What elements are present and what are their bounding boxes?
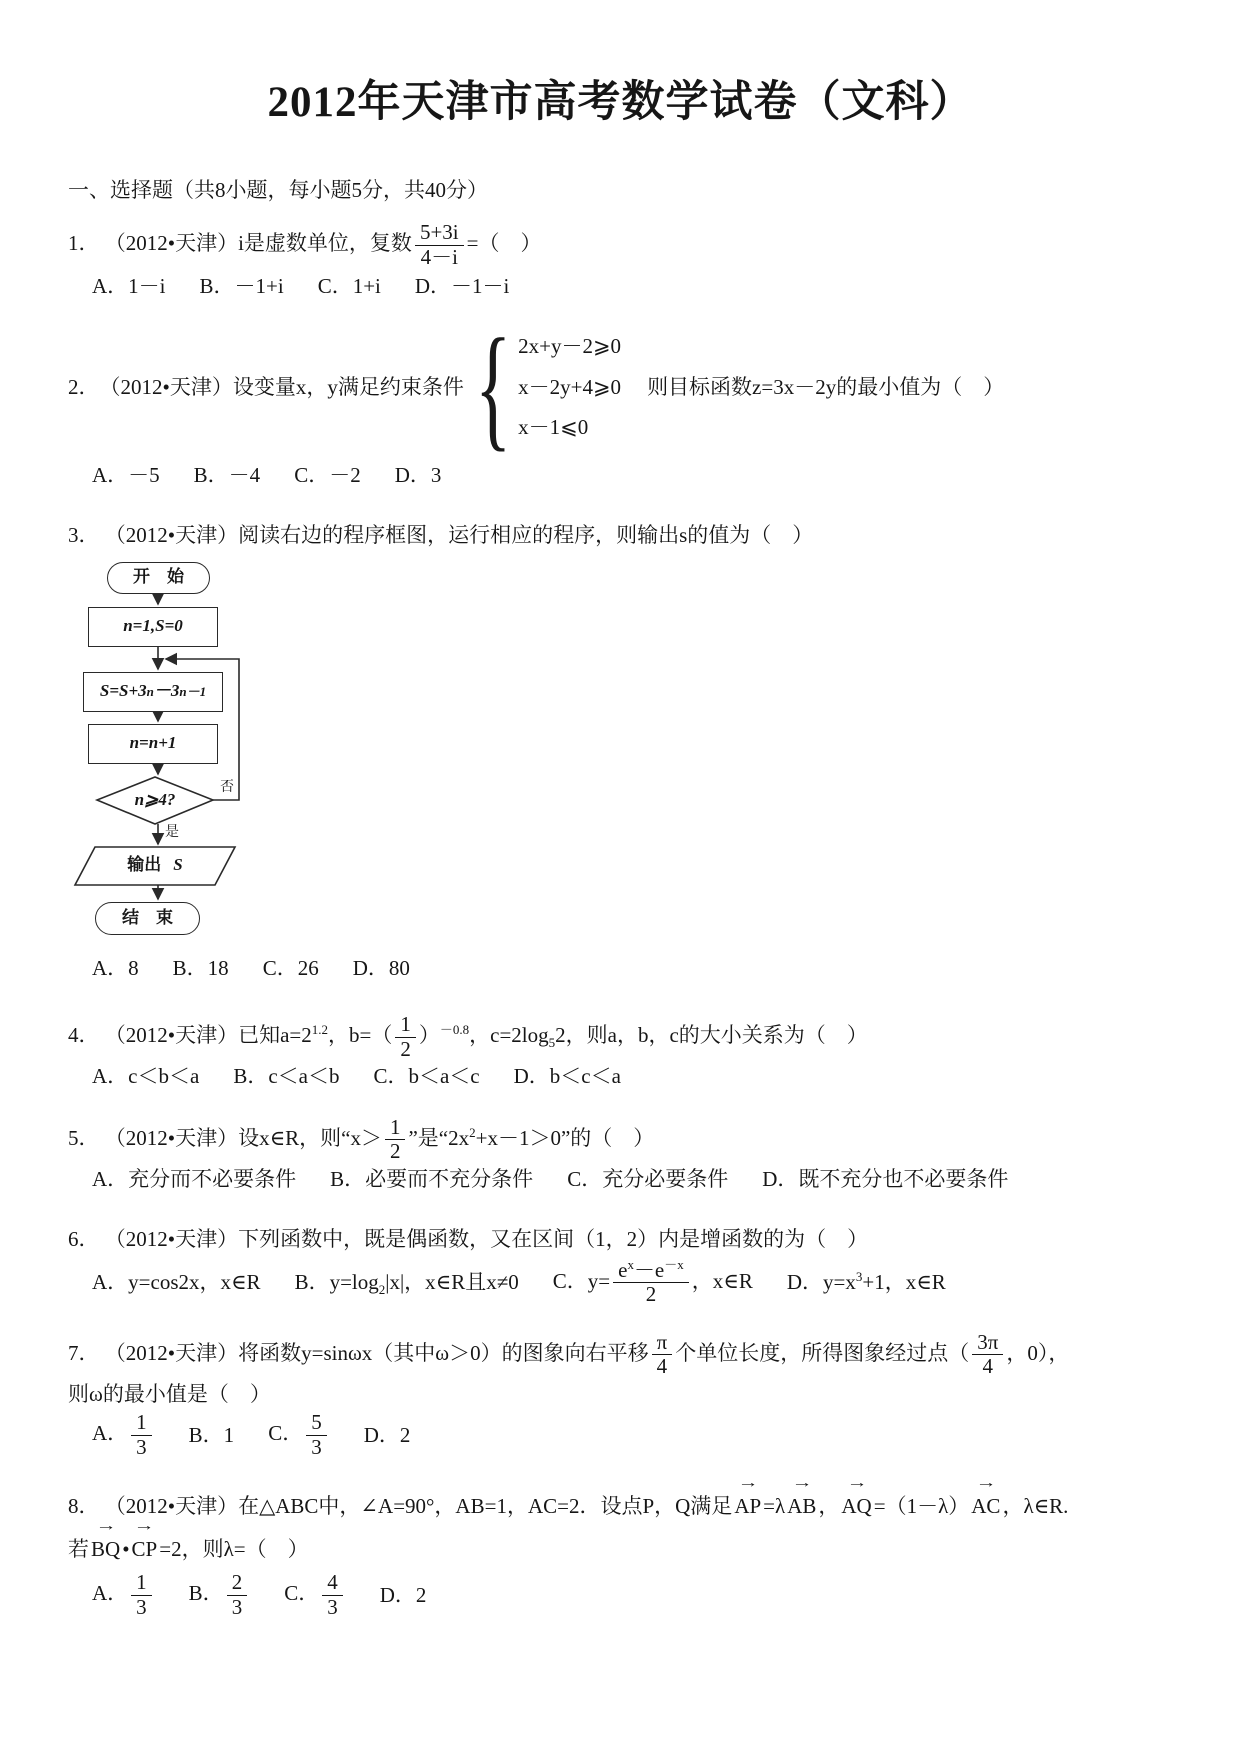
dot-operator: • (122, 1537, 129, 1561)
q4-text-3: ） (419, 1023, 440, 1047)
fraction-numerator: 3π (972, 1331, 1003, 1356)
flowchart-output-node: 输出S (75, 847, 235, 885)
vector-AC: AC (971, 1485, 1000, 1528)
q8-stem: 8． （2012•天津）在△ABC中，∠A=90°，AB=1，AC=2．设点P，… (68, 1485, 1181, 1528)
vector-AQ: AQ (841, 1485, 871, 1528)
q4-text-1: （2012•天津）已知a=2 (105, 1023, 312, 1047)
q1-stem: 1． （2012•天津）i是虚数单位，复数5+3i4－i=（ ） (68, 221, 1181, 269)
option-a: A．8 (92, 953, 139, 983)
fraction-numerator: π (652, 1331, 673, 1356)
question-number: 1． (68, 231, 100, 255)
q4-stem: 4． （2012•天津）已知a=21.2，b=（12）－0.8，c=2log52… (68, 1013, 1181, 1061)
fraction-denominator: 2 (385, 1140, 406, 1164)
option-b-text: B．y=log (295, 1270, 379, 1294)
option-c: C．y=ex－e－x2，x∈R (553, 1259, 753, 1307)
fraction-denominator: 4－i (416, 246, 463, 270)
exponent-negx: －x (664, 1257, 684, 1272)
exam-content: 一、选择题（共8小题，每小题5分，共40分） 1． （2012•天津）i是虚数单… (0, 175, 1241, 1619)
flowchart-yes-label: 是 (165, 823, 179, 843)
fraction-numerator: 4 (322, 1571, 343, 1596)
fraction-denominator: 3 (322, 1596, 343, 1620)
fraction-denominator: 3 (131, 1596, 152, 1620)
q8-options: A．13 B．23 C．43 D．2 (68, 1571, 1181, 1619)
option-c: C．1+i (318, 271, 381, 301)
question-number: 3． (68, 523, 100, 547)
q8-text-4: =2，则λ=（ ） (159, 1537, 308, 1561)
option-d: D．3 (395, 460, 442, 490)
e-term-2: －e (634, 1258, 664, 1282)
option-d: D．80 (353, 953, 410, 983)
fraction: 13 (131, 1571, 152, 1619)
option-c: C．－2 (294, 460, 361, 490)
option-c: C．充分必要条件 (567, 1164, 728, 1194)
q6-options: A．y=cos2x，x∈R B．y=log2|x|，x∈R且x≠0 C．y=ex… (68, 1259, 1181, 1307)
option-b: B．－4 (194, 460, 261, 490)
option-b: B．c＜a＜b (233, 1061, 339, 1091)
option-d: D．y=x3+1，x∈R (787, 1267, 946, 1297)
q8-eq-1: =λ (763, 1494, 785, 1518)
left-brace: { (475, 318, 511, 456)
option-d: D．2 (380, 1580, 427, 1610)
option-a: A．1－i (92, 271, 166, 301)
option-d-text-2: +1，x∈R (862, 1270, 945, 1294)
program-flowchart: 开 始 n=1,S=0 S=S+3n－3n－1 n=n+1 n⩾4? 否 是 输… (70, 557, 400, 949)
option-b: B．y=log2|x|，x∈R且x≠0 (295, 1267, 519, 1297)
q4-text-2: ，b=（ (328, 1023, 392, 1047)
option-c-label: C． (284, 1581, 319, 1605)
question-number: 6． (68, 1227, 100, 1251)
fraction-numerator: 1 (131, 1571, 152, 1596)
q5-text-1: （2012•天津）设x∈R，则“x＞ (105, 1126, 382, 1150)
flowchart-compute-node: S=S+3n－3n－1 (83, 672, 223, 712)
page-title: 2012年天津市高考数学试卷（文科） (0, 0, 1241, 129)
option-a: A．13 (92, 1411, 155, 1459)
question-number: 7． (68, 1340, 100, 1364)
question-2: 2． （2012•天津）设变量x，y满足约束条件 { 2x+y－2⩾0 x－2y… (68, 318, 1181, 490)
question-8: 8． （2012•天津）在△ABC中，∠A=90°，AB=1，AC=2．设点P，… (68, 1485, 1181, 1619)
option-d-text: D．y=x (787, 1270, 856, 1294)
fraction: 23 (227, 1571, 248, 1619)
flowchart-increment-node: n=n+1 (88, 724, 218, 764)
q4-text-4: ，c=2log (469, 1023, 549, 1047)
fraction-numerator: 1 (131, 1411, 152, 1436)
fraction-numerator: 5 (306, 1411, 327, 1436)
question-number: 2． (68, 372, 100, 402)
option-d: D．既不充分也不必要条件 (762, 1164, 1008, 1194)
q5-options: A．充分而不必要条件 B．必要而不充分条件 C．充分必要条件 D．既不充分也不必… (68, 1164, 1181, 1194)
q8-eq-2: =（1－λ） (874, 1494, 970, 1518)
option-a: A．13 (92, 1571, 155, 1619)
option-a: A．充分而不必要条件 (92, 1164, 296, 1194)
question-4: 4． （2012•天津）已知a=21.2，b=（12）－0.8，c=2log52… (68, 1013, 1181, 1091)
q1-text-post: =（ ） (467, 231, 542, 255)
option-a-label: A． (92, 1421, 128, 1445)
q3-options: A．8 B．18 C．26 D．80 (68, 953, 1181, 983)
q8-text-1: （2012•天津）在△ABC中，∠A=90°，AB=1，AC=2．设点P，Q满足 (105, 1494, 733, 1518)
flowchart-start-node: 开 始 (107, 562, 210, 594)
fraction-denominator: 2 (395, 1038, 416, 1062)
fraction-denominator: 2 (641, 1283, 662, 1307)
fraction-denominator: 3 (306, 1436, 327, 1460)
option-c-text: C．y= (553, 1268, 610, 1292)
option-b: B．必要而不充分条件 (330, 1164, 533, 1194)
option-a: A．y=cos2x，x∈R (92, 1267, 261, 1297)
q7-text-3: ，0）， (1006, 1340, 1069, 1364)
fraction-numerator: 1 (395, 1013, 416, 1038)
flowchart-no-label: 否 (220, 778, 234, 798)
option-a: A．－5 (92, 460, 160, 490)
section-header: 一、选择题（共8小题，每小题5分，共40分） (68, 175, 1181, 205)
fraction-denominator: 4 (978, 1355, 999, 1379)
option-a-label: A． (92, 1581, 128, 1605)
fraction: 5+3i4－i (415, 221, 464, 269)
fraction: 12 (385, 1116, 406, 1164)
fraction: ex－e－x2 (613, 1259, 689, 1307)
question-5: 5． （2012•天津）设x∈R，则“x＞12”是“2x2+x－1＞0”的（ ）… (68, 1116, 1181, 1194)
q3-text: （2012•天津）阅读右边的程序框图，运行相应的程序，则输出s的值为（ ） (105, 523, 814, 547)
fraction: 13 (131, 1411, 152, 1459)
fraction-denominator: 4 (652, 1355, 673, 1379)
q2-text-post: 则目标函数z=3x－2y的最小值为（ ） (647, 372, 1004, 402)
q2-options: A．－5 B．－4 C．－2 D．3 (68, 460, 1181, 490)
question-number: 4． (68, 1023, 100, 1047)
q8-comma: ， (818, 1494, 839, 1518)
option-b-label: B． (189, 1581, 224, 1605)
exponent-a: 1.2 (312, 1022, 328, 1037)
option-c: C．43 (284, 1571, 346, 1619)
q3-stem: 3． （2012•天津）阅读右边的程序框图，运行相应的程序，则输出s的值为（ ） (68, 520, 1181, 550)
output-variable: S (173, 853, 182, 878)
q6-text: （2012•天津）下列函数中，既是偶函数，又在区间（1，2）内是增函数的为（ ） (105, 1227, 868, 1251)
compute-expression: S=S+3 (100, 679, 147, 704)
q7-options: A．13 B．1 C．53 D．2 (68, 1411, 1181, 1459)
option-c-label: C． (268, 1421, 303, 1445)
q5-text-2: ”是“2x (408, 1126, 469, 1150)
option-c: C．b＜a＜c (373, 1061, 479, 1091)
fraction-3pi-4: 3π4 (972, 1331, 1003, 1379)
option-d: D．－1－i (415, 271, 510, 301)
question-3: 3． （2012•天津）阅读右边的程序框图，运行相应的程序，则输出s的值为（ ） (68, 520, 1181, 983)
constraint-3: x－1⩽0 (518, 412, 621, 442)
vector-AB: AB (787, 1485, 816, 1528)
exponent-b: －0.8 (440, 1022, 469, 1037)
flowchart-condition-label: n⩾4? (97, 785, 213, 817)
question-6: 6． （2012•天津）下列函数中，既是偶函数，又在区间（1，2）内是增函数的为… (68, 1224, 1181, 1306)
fraction-numerator: ex－e－x (613, 1259, 689, 1284)
q5-text-3: +x－1＞0”的（ ） (476, 1126, 655, 1150)
output-label: 输出 (127, 853, 161, 878)
constraint-system: 2x+y－2⩾0 x－2y+4⩾0 x－1⩽0 (518, 327, 621, 446)
fraction-denominator: 3 (131, 1436, 152, 1460)
fraction-numerator: 2 (227, 1571, 248, 1596)
q1-options: A．1－i B．－1+i C．1+i D．－1－i (68, 271, 1181, 301)
q6-stem: 6． （2012•天津）下列函数中，既是偶函数，又在区间（1，2）内是增函数的为… (68, 1224, 1181, 1254)
q8-stem-line2: 若BQ•CP=2，则λ=（ ） (68, 1528, 1181, 1571)
vector-CP: CP (132, 1528, 158, 1571)
q7-stem: 7． （2012•天津）将函数y=sinωx（其中ω＞0）的图象向右平移π4个单… (68, 1331, 1181, 1379)
q8-text-2: ，λ∈R. (1002, 1494, 1068, 1518)
q8-text-3: 若 (68, 1537, 89, 1561)
option-b: B．1 (189, 1420, 235, 1450)
option-b: B．－1+i (200, 271, 284, 301)
option-b-text-2: |x|，x∈R且x≠0 (385, 1270, 519, 1294)
vector-AP: AP (734, 1485, 761, 1528)
fraction: 12 (395, 1013, 416, 1061)
fraction: 53 (306, 1411, 327, 1459)
fraction-numerator: 5+3i (415, 221, 464, 246)
constraint-2: x－2y+4⩾0 (518, 372, 621, 402)
q2-text-pre: （2012•天津）设变量x，y满足约束条件 (100, 372, 464, 402)
compute-minus: －3 (154, 679, 180, 704)
fraction-denominator: 3 (227, 1596, 248, 1620)
option-b: B．18 (173, 953, 229, 983)
q4-text-5: 2，则a，b，c的大小关系为（ ） (555, 1023, 868, 1047)
q7-text-1: （2012•天津）将函数y=sinωx（其中ω＞0）的图象向右平移 (105, 1340, 649, 1364)
vector-BQ: BQ (91, 1528, 120, 1571)
question-7: 7． （2012•天津）将函数y=sinωx（其中ω＞0）的图象向右平移π4个单… (68, 1331, 1181, 1460)
option-a: A．c＜b＜a (92, 1061, 199, 1091)
flowchart-end-node: 结 束 (95, 902, 200, 935)
fraction-numerator: 1 (385, 1116, 406, 1141)
question-1: 1． （2012•天津）i是虚数单位，复数5+3i4－i=（ ） A．1－i B… (68, 221, 1181, 301)
option-b: B．23 (189, 1571, 251, 1619)
option-c: C．26 (263, 953, 319, 983)
option-c-text-2: ，x∈R (692, 1268, 753, 1292)
option-d: D．2 (364, 1420, 411, 1450)
constraint-1: 2x+y－2⩾0 (518, 331, 621, 361)
q5-stem: 5． （2012•天津）设x∈R，则“x＞12”是“2x2+x－1＞0”的（ ） (68, 1116, 1181, 1164)
option-d: D．b＜c＜a (514, 1061, 621, 1091)
fraction-pi-4: π4 (652, 1331, 673, 1379)
q7-text-2: 个单位长度，所得图象经过点（ (675, 1340, 969, 1364)
question-number: 5． (68, 1126, 100, 1150)
q2-stem: 2． （2012•天津）设变量x，y满足约束条件 { 2x+y－2⩾0 x－2y… (68, 318, 1181, 456)
exam-page: 2012年天津市高考数学试卷（文科） 一、选择题（共8小题，每小题5分，共40分… (0, 0, 1241, 1754)
q4-options: A．c＜b＜a B．c＜a＜b C．b＜a＜c D．b＜c＜a (68, 1061, 1181, 1091)
option-c: C．53 (268, 1411, 330, 1459)
fraction: 43 (322, 1571, 343, 1619)
q7-stem-line2: 则ω的最小值是（ ） (68, 1379, 1181, 1409)
flowchart-init-node: n=1,S=0 (88, 607, 218, 647)
q1-text-pre: （2012•天津）i是虚数单位，复数 (105, 231, 412, 255)
